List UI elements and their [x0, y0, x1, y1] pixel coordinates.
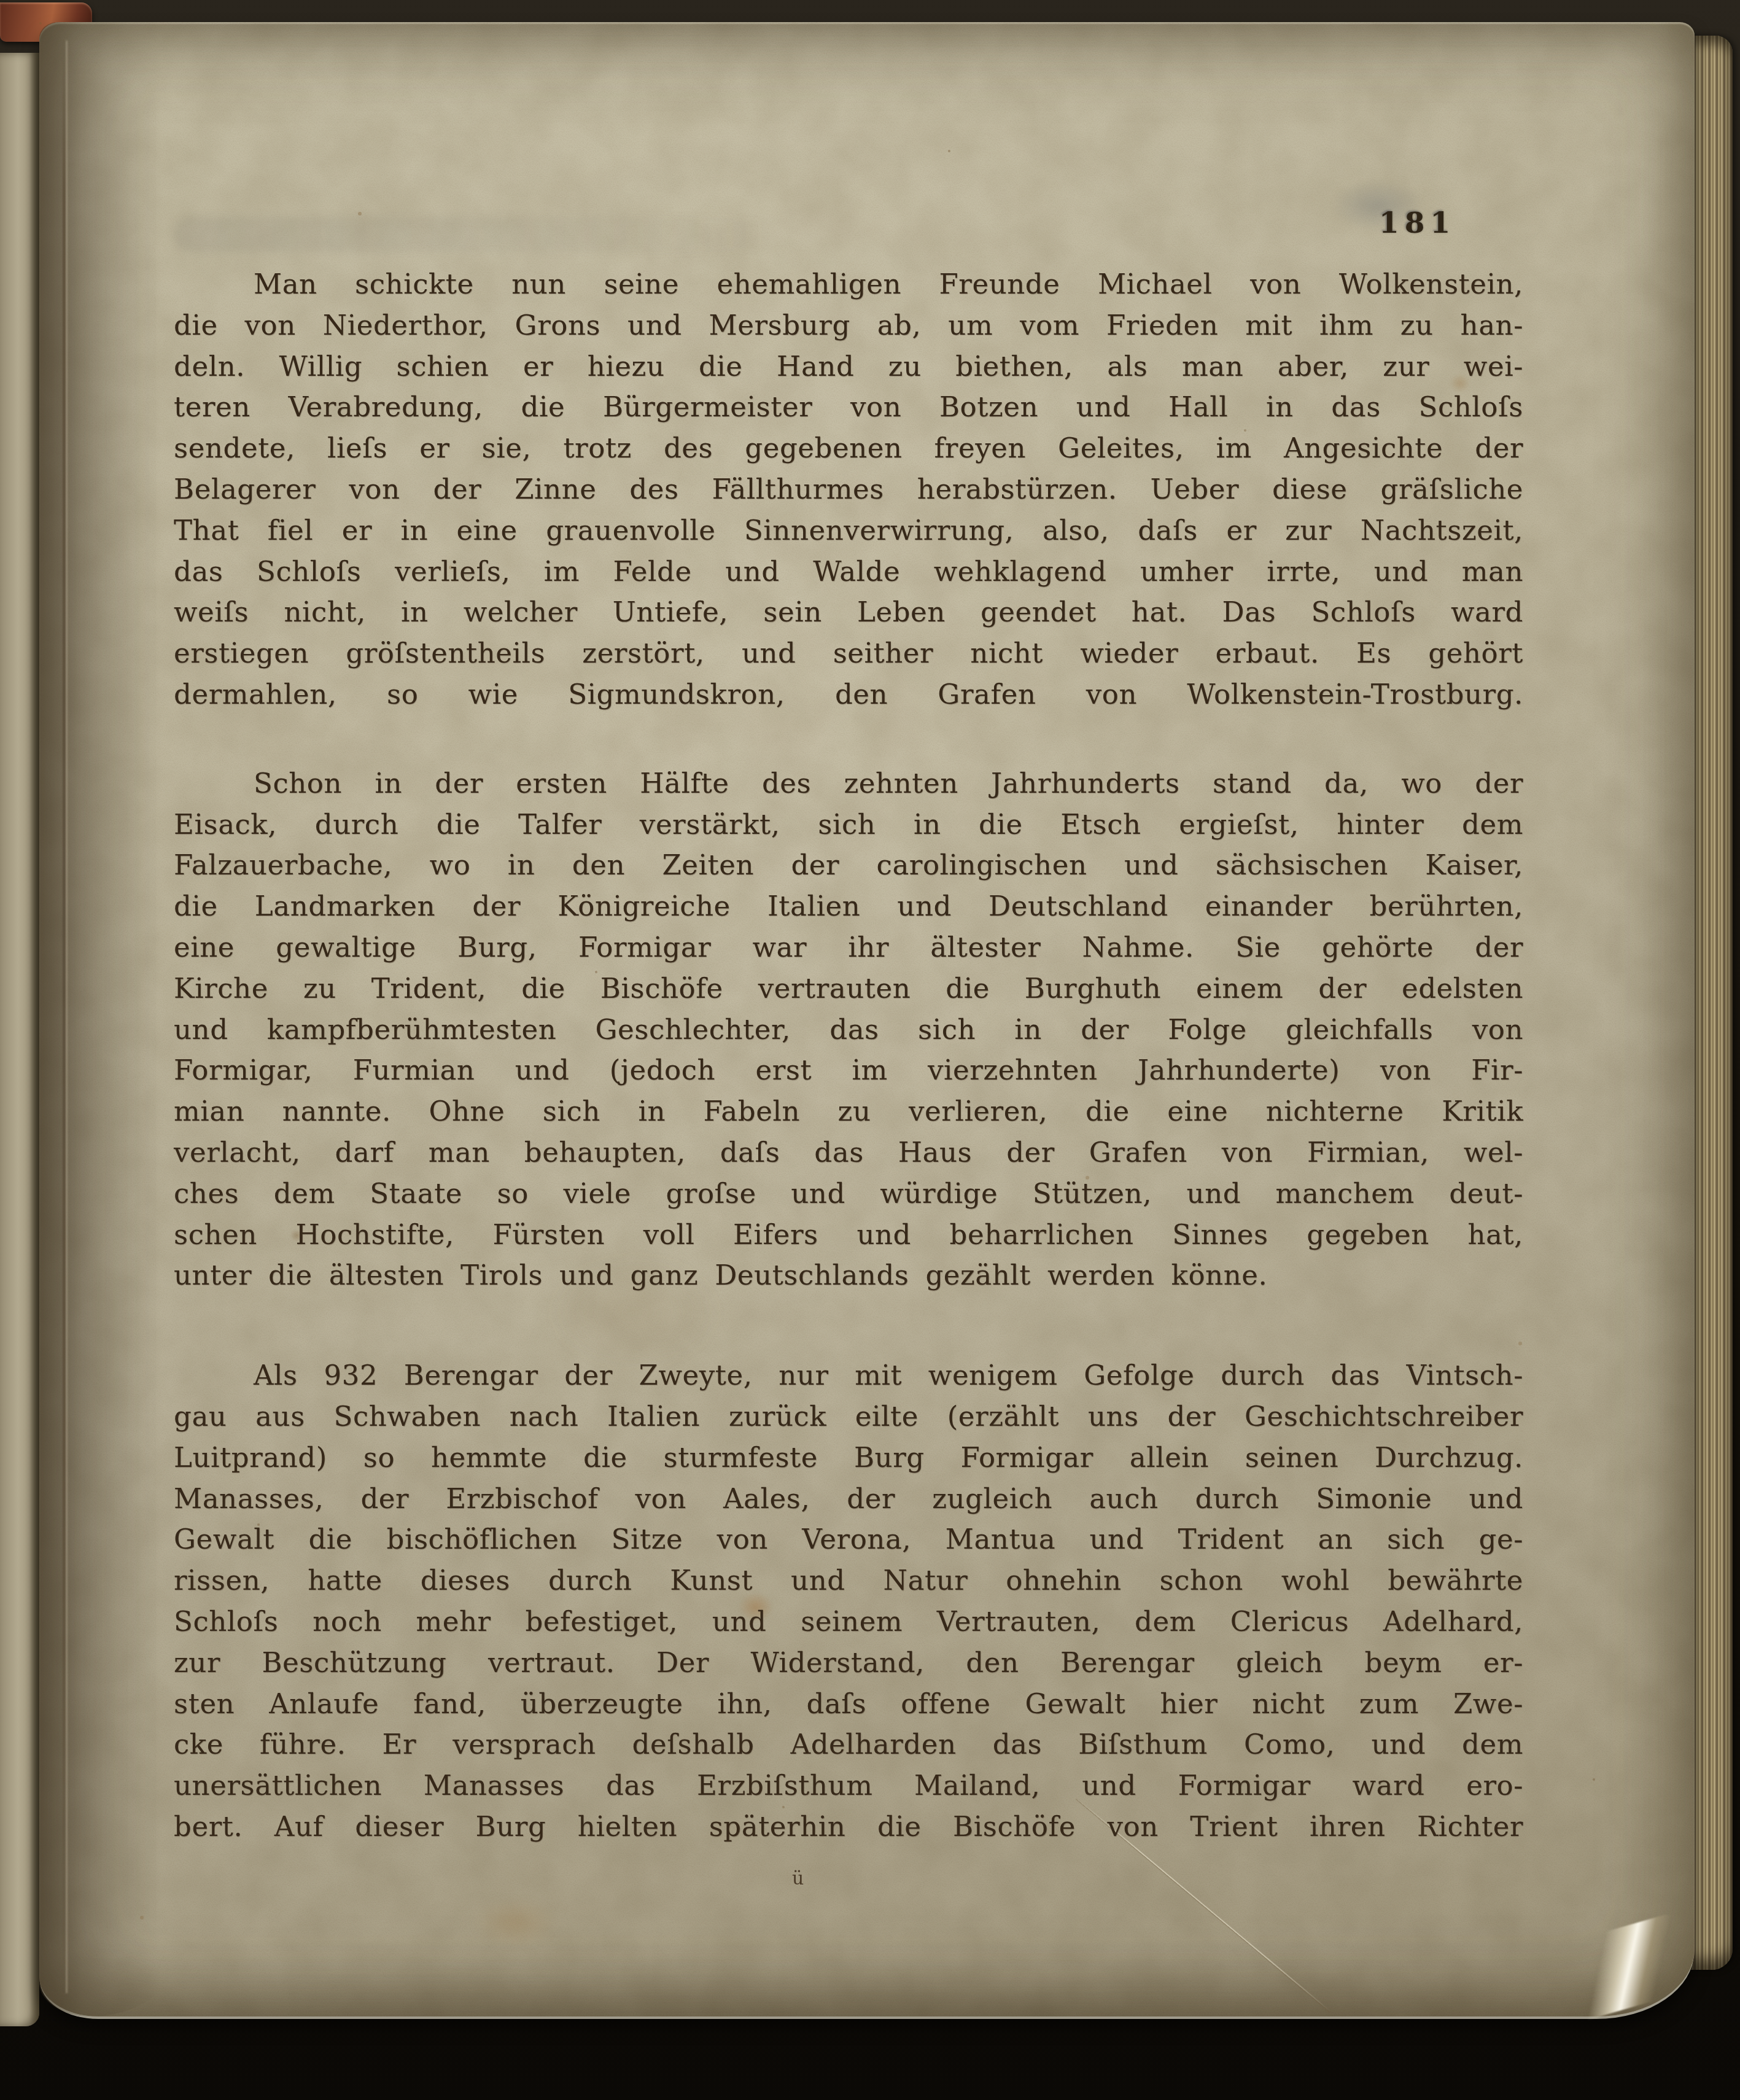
text-line: weiſs nicht, in welcher Untiefe, sein Le…	[174, 592, 1523, 633]
text-line: die Landmarken der Königreiche Italien u…	[174, 886, 1523, 927]
text-line: unersättlichen Manasses das Erzbiſsthum …	[174, 1765, 1523, 1806]
text-line: Als 932 Berengar der Zweyte, nur mit wen…	[174, 1355, 1523, 1396]
text-line: sten Anlaufe fand, überzeugte ihn, daſs …	[174, 1684, 1523, 1725]
text-line: dermahlen, so wie Sigmundskron, den Graf…	[174, 674, 1523, 715]
text-line: rissen, hatte dieses durch Kunst und Nat…	[174, 1560, 1523, 1601]
text-line: Kirche zu Trident, die Bischöfe vertraut…	[174, 968, 1523, 1009]
book-scan: 181 Man schickte nun seine ehemahligen F…	[0, 0, 1740, 2100]
paper-stain	[457, 1889, 573, 1956]
paragraph: Man schickte nun seine ehemahligen Freun…	[174, 264, 1523, 715]
text-line: Falzauerbache, wo in den Zeiten der caro…	[174, 845, 1523, 886]
text-line: cke führe. Er versprach deſshalb Adelhar…	[174, 1724, 1523, 1765]
book-page: 181 Man schickte nun seine ehemahligen F…	[39, 22, 1695, 2016]
text-line: Man schickte nun seine ehemahligen Freun…	[174, 264, 1523, 305]
text-line: deln. Willig schien er hiezu die Hand zu…	[174, 346, 1523, 387]
paper-specks	[39, 22, 42, 25]
text-line: Luitprand) so hemmte die sturmfeste Burg…	[174, 1437, 1523, 1479]
text-line: Schon in der ersten Hälfte des zehnten J…	[174, 763, 1523, 804]
text-line: sendete, lieſs er sie, trotz des gegeben…	[174, 428, 1523, 469]
gutter-crease	[63, 41, 66, 1993]
text-line: Belagerer von der Zinne des Fällthurmes …	[174, 469, 1523, 510]
page-text: Man schickte nun seine ehemahligen Freun…	[174, 264, 1523, 1896]
text-line: gau aus Schwaben nach Italien zurück eil…	[174, 1396, 1523, 1437]
text-line: eine gewaltige Burg, Formigar war ihr äl…	[174, 927, 1523, 968]
text-line: und kampfberühmtesten Geschlechter, das …	[174, 1009, 1523, 1051]
text-line: Eisack, durch die Talfer verstärkt, sich…	[174, 804, 1523, 846]
text-line: Schloſs noch mehr befestiget, und seinem…	[174, 1601, 1523, 1643]
gutter-shadow	[39, 22, 174, 2016]
text-line: schen Hochstifte, Fürsten voll Eifers un…	[174, 1215, 1523, 1256]
page-number: 181	[1379, 206, 1456, 240]
ink-mark: ü	[792, 1868, 804, 1889]
paragraph: Schon in der ersten Hälfte des zehnten J…	[174, 763, 1523, 1296]
text-line: mian nannte. Ohne sich in Fabeln zu verl…	[174, 1091, 1523, 1132]
text-line: verlacht, darf man behaupten, daſs das H…	[174, 1132, 1523, 1173]
paragraph: Als 932 Berengar der Zweyte, nur mit wen…	[174, 1355, 1523, 1848]
text-line: teren Verabredung, die Bürgermeister von…	[174, 387, 1523, 428]
text-line: bert. Auf dieser Burg hielten späterhin …	[174, 1806, 1523, 1848]
text-line: das Schloſs verlieſs, im Felde und Walde…	[174, 551, 1523, 593]
text-line: die von Niederthor, Grons und Mersburg a…	[174, 305, 1523, 346]
text-line: zur Beschützung vertraut. Der Widerstand…	[174, 1643, 1523, 1684]
text-line: That fiel er in eine grauenvolle Sinnenv…	[174, 510, 1523, 551]
underlying-page-edge	[0, 53, 39, 2026]
text-line: erstiegen gröſstentheils zerstört, und s…	[174, 633, 1523, 674]
text-line: Manasses, der Erzbischof von Aales, der …	[174, 1479, 1523, 1520]
text-line: Formigar, Furmian und (jedoch erst im vi…	[174, 1050, 1523, 1091]
ink-offset-smudge	[174, 217, 776, 252]
text-line: ches dem Staate so viele groſse und würd…	[174, 1173, 1523, 1215]
text-line: unter die ältesten Tirols und ganz Deuts…	[174, 1255, 1523, 1296]
text-line: Gewalt die bischöflichen Sitze von Veron…	[174, 1519, 1523, 1560]
